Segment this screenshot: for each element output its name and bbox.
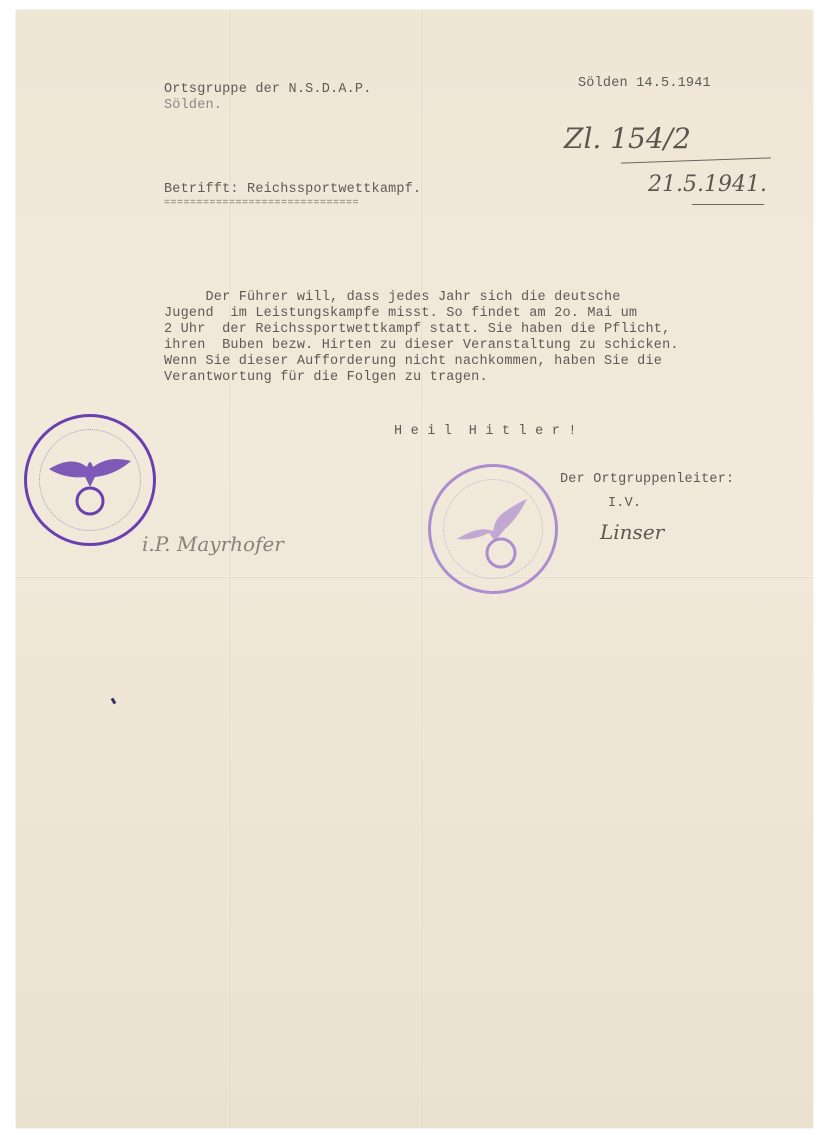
handwritten-date-underline [692, 204, 764, 205]
handwritten-underline [621, 157, 771, 163]
ink-stamp-right [428, 464, 558, 594]
ink-speck [111, 698, 117, 705]
body-line: Wenn Sie dieser Aufforderung nicht nachk… [164, 354, 662, 371]
sender-line-2: Sölden. [164, 98, 222, 115]
paper-fold-vertical-center [420, 10, 422, 1128]
sender-line-1: Ortsgruppe der N.S.D.A.P. [164, 82, 372, 99]
handwritten-date: 21.5.1941. [648, 172, 767, 197]
ink-stamp-left [24, 414, 156, 546]
closing-salutation: H e i l H i t l e r ! [394, 424, 577, 441]
handwritten-note: i.P. Mayrhofer [142, 532, 284, 556]
document-page: Ortsgruppe der N.S.D.A.P. Sölden. Sölden… [16, 10, 813, 1128]
body-line: Jugend im Leistungskampfe misst. So find… [164, 306, 637, 323]
body-line: Verantwortung für die Folgen zu tragen. [164, 370, 488, 387]
bird-emblem-icon [431, 467, 555, 591]
signature-name: Linser [600, 520, 664, 544]
place-date: Sölden 14.5.1941 [578, 76, 711, 93]
subject-underline: ============================== [164, 196, 359, 213]
paper-fold-horizontal [16, 576, 813, 578]
body-line: Der Führer will, dass jedes Jahr sich di… [164, 290, 621, 307]
handwritten-reference: Zl. 154/2 [564, 122, 691, 155]
signature-title: Der Ortgruppenleiter: [560, 472, 734, 489]
body-line: 2 Uhr der Reichssportwettkampf statt. Si… [164, 322, 670, 339]
bird-emblem-icon [27, 417, 153, 543]
signature-iv: I.V. [608, 496, 641, 513]
body-line: ihren Buben bezw. Hirten zu dieser Veran… [164, 338, 679, 355]
paper-fold-vertical [228, 10, 230, 1128]
